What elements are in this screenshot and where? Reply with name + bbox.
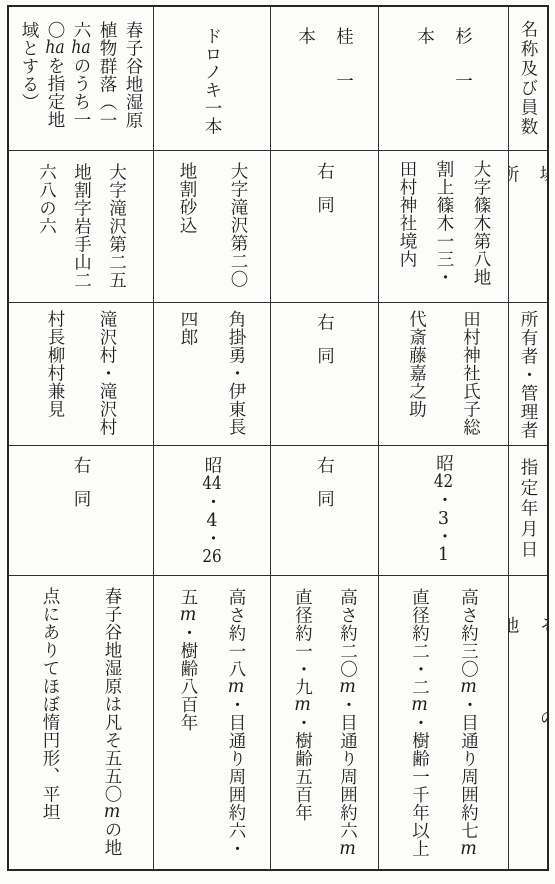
sugi-other-text: 高さ約三〇m・目通り周囲約七m 直径約二・二m・樹齢一千年以上 (395, 588, 493, 858)
harukoyachi-owner-text: 滝沢村・滝沢村 村長柳村兼見 (29, 310, 133, 436)
cell-sugi-other: 高さ約三〇m・目通り周囲約七m 直径約二・二m・樹齢一千年以上 (378, 575, 508, 869)
katsura-other-text: 高さ約二〇m・目通り周囲約六m 直径約一・九m・樹齢五百年 (280, 588, 370, 857)
doronoki-date-text: 昭44・4・26 (193, 456, 231, 566)
harukoyachi-date-text: 右同 (62, 456, 100, 523)
doronoki-owner-text: 角掛勇・伊東長 四郎 (164, 310, 260, 436)
cell-katsura-owner: 右同 (270, 302, 378, 445)
katsura-date-text: 右同 (306, 456, 344, 523)
header-designation-date: 指定年月日 (508, 445, 547, 575)
sugi-owner-text: 田村神社氏子総 代斎藤嘉之助 (390, 310, 498, 436)
header-owner-manager-text: 所有者・管理者 (509, 310, 547, 440)
doronoki-location-text: 大字滝沢第二〇 地割砂込 (161, 162, 263, 288)
cell-doronoki-other: 高さ約一八m・目通り周囲約六・ 五m・樹齢八百年 (153, 575, 270, 869)
harukoyachi-other-text: 春子谷地湿原は凡そ五五〇mの地 点にありてほぼ惰円形、平坦 (19, 587, 143, 857)
cell-katsura-date: 右同 (270, 445, 378, 575)
cell-harukoyachi-other: 春子谷地湿原は凡そ五五〇mの地 点にありてほぼ惰円形、平坦 (9, 575, 153, 869)
scanned-document-page: 春子谷地湿原 植物群落（一 六haのうち一 〇haを指定地 域とする） ドロノキ… (0, 0, 555, 884)
harukoyachi-name-text: 春子谷地湿原 植物群落（一 六haのうち一 〇haを指定地 域とする） (16, 21, 146, 129)
cell-sugi-location: 大字篠木第八地 割上篠木一三・ 田村神社境内 (378, 150, 508, 302)
header-name-and-count: 名称及び員数 (508, 7, 547, 150)
harukoyachi-location-text: 大字滝沢第二五 地割字岩手山二 六八の六 (29, 163, 134, 289)
header-name-and-count-text: 名称及び員数 (509, 20, 547, 137)
cell-doronoki-location: 大字滝沢第二〇 地割砂込 (153, 150, 270, 302)
monument-designation-table: 春子谷地湿原 植物群落（一 六haのうち一 〇haを指定地 域とする） ドロノキ… (7, 5, 549, 871)
header-designation-date-text: 指定年月日 (509, 458, 547, 561)
katsura-owner-text: 右同 (306, 313, 344, 380)
cell-harukoyachi-location: 大字滝沢第二五 地割字岩手山二 六八の六 (9, 150, 153, 302)
header-other-text: その他 (508, 616, 547, 869)
doronoki-name-text: ドロノキ一本 (193, 27, 231, 135)
cell-sugi-owner: 田村神社氏子総 代斎藤嘉之助 (378, 302, 508, 445)
cell-katsura-location: 右同 (270, 150, 378, 302)
header-owner-manager: 所有者・管理者 (508, 302, 547, 445)
katsura-name-text: 桂一本 (287, 27, 363, 150)
sugi-date-text: 昭42・3・1 (425, 454, 463, 564)
cell-harukoyachi-date: 右同 (9, 445, 153, 575)
sugi-name-text: 杉一本 (406, 27, 482, 150)
cell-sugi-date: 昭42・3・1 (378, 445, 508, 575)
sugi-location-text: 大字篠木第八地 割上篠木一三・ 田村神社境内 (388, 160, 499, 286)
doronoki-other-text: 高さ約一八m・目通り周囲約六・ 五m・樹齢八百年 (164, 588, 260, 858)
header-other: その他 (508, 575, 547, 869)
cell-katsura-other: 高さ約二〇m・目通り周囲約六m 直径約一・九m・樹齢五百年 (270, 575, 378, 869)
header-location-text: 場所 (508, 165, 547, 302)
cell-harukoyachi-owner: 滝沢村・滝沢村 村長柳村兼見 (9, 302, 153, 445)
cell-doronoki-date: 昭44・4・26 (153, 445, 270, 575)
katsura-location-text: 右同 (306, 162, 344, 229)
cell-doronoki-name: ドロノキ一本 (153, 7, 270, 150)
cell-katsura-name: 桂一本 (270, 7, 378, 150)
cell-doronoki-owner: 角掛勇・伊東長 四郎 (153, 302, 270, 445)
cell-sugi-name: 杉一本 (378, 7, 508, 150)
cell-harukoyachi-name: 春子谷地湿原 植物群落（一 六haのうち一 〇haを指定地 域とする） (9, 7, 153, 150)
header-location: 場所 (508, 150, 547, 302)
